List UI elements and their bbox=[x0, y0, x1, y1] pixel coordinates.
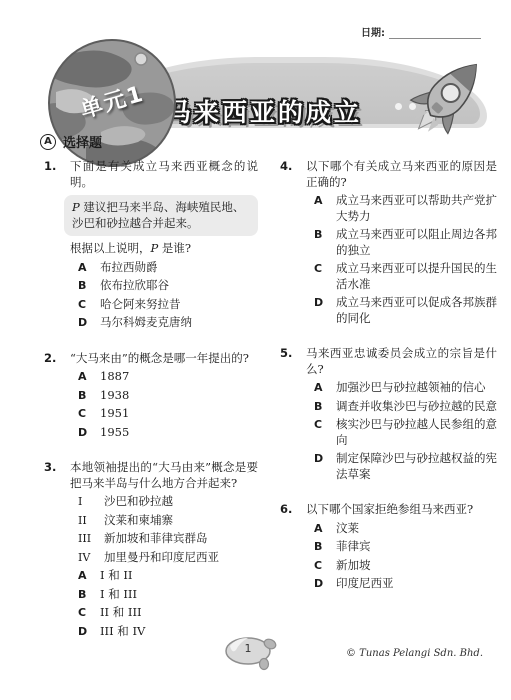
option-c: C哈仑阿来努拉昔 bbox=[70, 297, 258, 313]
statement-numeral: I bbox=[78, 494, 104, 510]
option-text: 1938 bbox=[100, 388, 258, 404]
section-a-badge: A bbox=[40, 134, 56, 150]
option-c: C新加坡 bbox=[306, 558, 497, 574]
option-a: A布拉西勋爵 bbox=[70, 260, 258, 276]
question-column-right: 4. 以下哪个有关成立马来西亚的原因是正确的? A成立马来西亚可以帮助共产党扩大… bbox=[280, 159, 497, 592]
decor-dot-icon bbox=[395, 103, 402, 110]
question-3: 3. 本地领袖提出的“大马由来”概念是要把马来半岛与什么地方合并起来? I沙巴和… bbox=[44, 460, 258, 639]
variable-p: P bbox=[72, 200, 80, 214]
question-stem: “大马来由”的概念是哪一年提出的? bbox=[70, 351, 258, 367]
section-label: 选择题 bbox=[63, 132, 102, 151]
question-column-left: 1. 下面是有关成立马来西亚概念的说明。 P 建议把马来半岛、海峡殖民地、沙巴和… bbox=[44, 159, 258, 639]
question-2: 2. “大马来由”的概念是哪一年提出的? A1887 B1938 C1951 D… bbox=[44, 351, 258, 441]
substem-pre: 根据以上说明， bbox=[70, 241, 151, 255]
option-text: 马尔科姆麦克唐纳 bbox=[100, 315, 258, 331]
option-a: A1887 bbox=[70, 369, 258, 385]
question-number: 5. bbox=[280, 346, 306, 482]
option-letter: C bbox=[78, 605, 100, 621]
option-c: C1951 bbox=[70, 406, 258, 422]
option-letter: A bbox=[314, 193, 336, 224]
date-label: 日期: bbox=[361, 24, 385, 39]
option-b: BI 和 III bbox=[70, 587, 258, 603]
option-letter: C bbox=[78, 297, 100, 313]
option-letter: D bbox=[314, 295, 336, 326]
option-text: 印度尼西亚 bbox=[336, 576, 497, 592]
option-b: B依布拉欣耶谷 bbox=[70, 278, 258, 294]
statement-text: 汶莱和柬埔寨 bbox=[104, 513, 258, 529]
option-letter: C bbox=[314, 261, 336, 292]
option-b: B成立马来西亚可以阻止周边各邦的独立 bbox=[306, 227, 497, 258]
question-number: 6. bbox=[280, 502, 306, 592]
statement-iii: III新加坡和菲律宾群岛 bbox=[70, 531, 258, 547]
option-letter: D bbox=[78, 425, 100, 441]
question-substem: 根据以上说明，P 是谁? bbox=[70, 241, 258, 257]
substem-post: 是谁? bbox=[158, 241, 191, 255]
question-4: 4. 以下哪个有关成立马来西亚的原因是正确的? A成立马来西亚可以帮助共产党扩大… bbox=[280, 159, 497, 326]
statement-numeral: II bbox=[78, 513, 104, 529]
option-letter: C bbox=[314, 558, 336, 574]
option-b: B菲律宾 bbox=[306, 539, 497, 555]
question-number: 3. bbox=[44, 460, 70, 639]
option-text: 制定保障沙巴与砂拉越权益的宪法草案 bbox=[336, 451, 497, 482]
date-row: 日期: bbox=[361, 24, 481, 39]
rocket-illustration bbox=[403, 52, 493, 140]
option-text: II 和 III bbox=[100, 605, 258, 621]
option-b: B1938 bbox=[70, 388, 258, 404]
option-b: B调查并收集沙巴与砂拉越的民意 bbox=[306, 399, 497, 415]
option-letter: A bbox=[314, 521, 336, 537]
question-number: 2. bbox=[44, 351, 70, 441]
option-text: 成立马来西亚可以帮助共产党扩大势力 bbox=[336, 193, 497, 224]
option-c: C成立马来西亚可以提升国民的生活水准 bbox=[306, 261, 497, 292]
option-a: A汶莱 bbox=[306, 521, 497, 537]
option-letter: A bbox=[78, 568, 100, 584]
option-letter: B bbox=[78, 278, 100, 294]
option-d: D1955 bbox=[70, 425, 258, 441]
info-box-text: 建议把马来半岛、海峡殖民地、沙巴和砂拉越合并起来。 bbox=[72, 200, 244, 230]
option-text: 成立马来西亚可以阻止周边各邦的独立 bbox=[336, 227, 497, 258]
question-stem: 马来西亚忠诚委员会成立的宗旨是什么? bbox=[306, 346, 497, 377]
option-letter: B bbox=[314, 227, 336, 258]
option-text: 1951 bbox=[100, 406, 258, 422]
option-text: 成立马来西亚可以促成各邦族群的同化 bbox=[336, 295, 497, 326]
option-d: D成立马来西亚可以促成各邦族群的同化 bbox=[306, 295, 497, 326]
option-d: D制定保障沙巴与砂拉越权益的宪法草案 bbox=[306, 451, 497, 482]
statement-text: 新加坡和菲律宾群岛 bbox=[104, 531, 258, 547]
option-text: 加强沙巴与砂拉越领袖的信心 bbox=[336, 380, 497, 396]
option-c: CII 和 III bbox=[70, 605, 258, 621]
option-letter: A bbox=[78, 369, 100, 385]
statement-ii: II汶莱和柬埔寨 bbox=[70, 513, 258, 529]
statement-numeral: III bbox=[78, 531, 104, 547]
option-letter: A bbox=[314, 380, 336, 396]
rocket-icon bbox=[403, 52, 493, 140]
question-info-box: P 建议把马来半岛、海峡殖民地、沙巴和砂拉越合并起来。 bbox=[64, 195, 258, 236]
option-letter: D bbox=[314, 576, 336, 592]
statement-iv: IV加里曼丹和印度尼西亚 bbox=[70, 550, 258, 566]
option-letter: B bbox=[78, 587, 100, 603]
question-stem: 下面是有关成立马来西亚概念的说明。 bbox=[70, 159, 258, 190]
statement-numeral: IV bbox=[78, 550, 104, 566]
option-letter: D bbox=[314, 451, 336, 482]
statement-i: I沙巴和砂拉越 bbox=[70, 494, 258, 510]
option-text: 核实沙巴与砂拉越人民参组的意向 bbox=[336, 417, 497, 448]
statement-text: 加里曼丹和印度尼西亚 bbox=[104, 550, 258, 566]
option-text: 哈仑阿来努拉昔 bbox=[100, 297, 258, 313]
option-a: A成立马来西亚可以帮助共产党扩大势力 bbox=[306, 193, 497, 224]
option-text: 调查并收集沙巴与砂拉越的民意 bbox=[336, 399, 497, 415]
option-letter: A bbox=[78, 260, 100, 276]
option-letter: D bbox=[78, 624, 100, 640]
page-number: 1 bbox=[230, 642, 266, 655]
option-text: 菲律宾 bbox=[336, 539, 497, 555]
question-stem: 本地领袖提出的“大马由来”概念是要把马来半岛与什么地方合并起来? bbox=[70, 460, 258, 491]
statement-text: 沙巴和砂拉越 bbox=[104, 494, 258, 510]
question-stem: 以下哪个有关成立马来西亚的原因是正确的? bbox=[306, 159, 497, 190]
date-fill-in-line bbox=[389, 27, 481, 39]
question-stem: 以下哪个国家拒绝参组马来西亚? bbox=[306, 502, 497, 518]
copyright-text: © Tunas Pelangi Sdn. Bhd. bbox=[346, 648, 483, 659]
option-text: 汶莱 bbox=[336, 521, 497, 537]
option-text: 1955 bbox=[100, 425, 258, 441]
option-letter: D bbox=[78, 315, 100, 331]
option-letter: C bbox=[78, 406, 100, 422]
question-1: 1. 下面是有关成立马来西亚概念的说明。 P 建议把马来半岛、海峡殖民地、沙巴和… bbox=[44, 159, 258, 331]
question-5: 5. 马来西亚忠诚委员会成立的宗旨是什么? A加强沙巴与砂拉越领袖的信心 B调查… bbox=[280, 346, 497, 482]
option-text: 1887 bbox=[100, 369, 258, 385]
option-c: C核实沙巴与砂拉越人民参组的意向 bbox=[306, 417, 497, 448]
option-letter: B bbox=[314, 539, 336, 555]
option-text: 新加坡 bbox=[336, 558, 497, 574]
option-text: I 和 II bbox=[100, 568, 258, 584]
question-number: 1. bbox=[44, 159, 70, 331]
option-a: A加强沙巴与砂拉越领袖的信心 bbox=[306, 380, 497, 396]
option-letter: B bbox=[78, 388, 100, 404]
question-6: 6. 以下哪个国家拒绝参组马来西亚? A汶莱 B菲律宾 C新加坡 D印度尼西亚 bbox=[280, 502, 497, 592]
option-d: D印度尼西亚 bbox=[306, 576, 497, 592]
option-d: D马尔科姆麦克唐纳 bbox=[70, 315, 258, 331]
option-text: I 和 III bbox=[100, 587, 258, 603]
question-number: 4. bbox=[280, 159, 306, 326]
option-text: 成立马来西亚可以提升国民的生活水准 bbox=[336, 261, 497, 292]
section-header: A 选择题 bbox=[40, 132, 102, 151]
option-text: 布拉西勋爵 bbox=[100, 260, 258, 276]
option-text: 依布拉欣耶谷 bbox=[100, 278, 258, 294]
option-a: AI 和 II bbox=[70, 568, 258, 584]
option-letter: B bbox=[314, 399, 336, 415]
page-number-badge: 1 bbox=[222, 634, 284, 674]
option-letter: C bbox=[314, 417, 336, 448]
